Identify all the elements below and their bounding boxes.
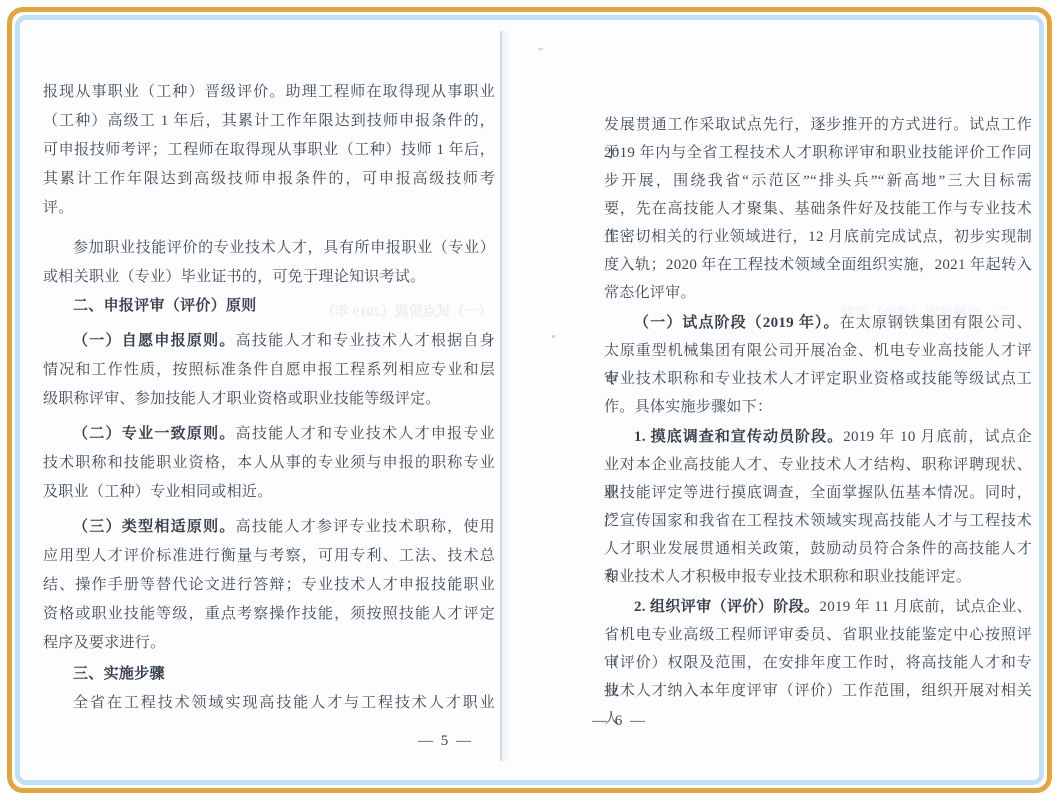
body-text: 报现从事职业（工种）晋级评价。助理工程师在取得现从事职业 <box>43 84 495 100</box>
text-line: 作。具体实施步骤如下： <box>604 393 1032 421</box>
page-5: 报现从事职业（工种）晋级评价。助理工程师在取得现从事职业（工种）高级工 1 年后… <box>43 78 495 755</box>
body-text: 2019 年 10 月底前，试点企 <box>843 429 1032 445</box>
scan-speck <box>552 335 555 338</box>
body-text: 评。 <box>43 200 74 216</box>
body-text: 高技能人才和专业技术人才申报专业 <box>236 426 495 442</box>
text-line: 三、实施步骤 <box>43 660 495 689</box>
page-spine-shadow <box>502 31 512 761</box>
body-text: 在太原钢铁集团有限公司、 <box>840 315 1032 331</box>
text-line: 太原重型机械集团有限公司开展冶金、机电专业高技能人才评审 <box>604 337 1032 365</box>
text-line: 专业技术职称和专业技术人才评定职业资格或技能等级试点工 <box>604 365 1032 393</box>
body-text: 技术职称和技能职业资格，本人从事的专业须与申报的职称专业 <box>43 455 495 471</box>
body-text: 作密切相关的行业领域进行，12 月底前完成试点，初步实现制 <box>604 229 1032 245</box>
body-text: 专业技术人才积极申报专业技术职称和职业技能评定。 <box>604 569 971 585</box>
text-line: （评价）权限及范围，在安排年度工作时，将高技能人才和专业 <box>604 649 1032 677</box>
body-text: 可申报技师考评；工程师在取得现从事职业（工种）技师 1 年后， <box>43 142 495 158</box>
text-line: 作密切相关的行业领域进行，12 月底前完成试点，初步实现制 <box>604 223 1032 251</box>
text-line: （一）试点阶段（2019 年）。在太原钢铁集团有限公司、 <box>604 309 1032 337</box>
text-line: 评。 <box>43 194 495 223</box>
text-line: 度入轨；2020 年在工程技术领域全面组织实施，2021 年起转入 <box>604 251 1032 279</box>
text-line: 1. 摸底调查和宣传动员阶段。2019 年 10 月底前，试点企 <box>604 423 1032 451</box>
body-text: 2019 年内与全省工程技术人才职称评审和职业技能评价工作同 <box>604 145 1032 161</box>
body-text: 程序及要求进行。 <box>43 635 165 651</box>
text-line: 泛宣传国家和我省在工程技术领域实现高技能人才与工程技术 <box>604 507 1032 535</box>
text-line: 省机电专业高级工程师评审委员、省职业技能鉴定中心按照评审 <box>604 621 1032 649</box>
body-text: 高技能人才和专业技术人才根据自身 <box>236 333 495 349</box>
bold-lead-text: （一）试点阶段（2019 年）。 <box>634 315 840 331</box>
body-text: 情况和工作性质，按照标准条件自愿申报工程系列相应专业和层 <box>43 362 495 378</box>
text-line: 二、申报评审（评价）原则 <box>43 292 495 321</box>
text-line: 2. 组织评审（评价）阶段。2019 年 11 月底前，试点企业、 <box>604 593 1032 621</box>
body-text: 作。具体实施步骤如下： <box>604 399 772 415</box>
page-5-text: 报现从事职业（工种）晋级评价。助理工程师在取得现从事职业（工种）高级工 1 年后… <box>43 78 495 718</box>
body-text: （工种）高级工 1 年后，其累计工作年限达到技师申报条件的， <box>43 113 495 129</box>
text-line: （三）类型相适原则。高技能人才参评专业技术职称，使用 <box>43 513 495 542</box>
text-line: 或相关职业（专业）毕业证书的，可免于理论知识考试。 <box>43 263 495 292</box>
body-text: 泛宣传国家和我省在工程技术领域实现高技能人才与工程技术 <box>604 513 1032 529</box>
text-line: 2019 年内与全省工程技术人才职称评审和职业技能评价工作同 <box>604 139 1032 167</box>
body-text: 参加职业技能评价的专业技术人才，具有所申报职业（专业） <box>73 240 495 256</box>
bold-lead-text: （三）类型相适原则。 <box>73 519 236 535</box>
text-line: 参加职业技能评价的专业技术人才，具有所申报职业（专业） <box>43 234 495 263</box>
text-line: 专业技术人才积极申报专业技术职称和职业技能评定。 <box>604 563 1032 591</box>
text-line: 全省在工程技术领域实现高技能人才与工程技术人才职业 <box>43 689 495 718</box>
body-text: 专业技术职称和专业技术人才评定职业资格或技能等级试点工 <box>604 371 1032 387</box>
document-content: （一）试点阶段（2019 年） 二、申报评审（评价）原则 报现从事职业（工种）晋… <box>21 21 1038 779</box>
body-text: 结、操作手册等替代论文进行答辩；专业技术人才申报技能职业 <box>43 577 495 593</box>
text-line: 及职业（工种）专业相同或相近。 <box>43 478 495 507</box>
body-text: 高技能人才参评专业技术职称，使用 <box>236 519 495 535</box>
bold-lead-text: 二、申报评审（评价）原则 <box>73 298 257 314</box>
text-line: 业技能评定等进行摸底调查，全面掌握队伍基本情况。同时，广 <box>604 479 1032 507</box>
text-line: （二）专业一致原则。高技能人才和专业技术人才申报专业 <box>43 420 495 449</box>
bold-lead-text: 1. 摸底调查和宣传动员阶段。 <box>634 429 843 445</box>
scanned-document-spread: （一）试点阶段（2019 年） 二、申报评审（评价）原则 报现从事职业（工种）晋… <box>0 0 1059 800</box>
text-line: 情况和工作性质，按照标准条件自愿申报工程系列相应专业和层 <box>43 356 495 385</box>
body-text: 级职称评审、参加技能人才职业资格或职业技能等级评定。 <box>43 391 441 407</box>
text-line: 技术人才纳入本年度评审（评价）工作范围，组织开展对相关人 <box>604 677 1032 705</box>
text-line: 报现从事职业（工种）晋级评价。助理工程师在取得现从事职业 <box>43 78 495 107</box>
body-text: 及职业（工种）专业相同或相近。 <box>43 484 273 500</box>
text-line: 结、操作手册等替代论文进行答辩；专业技术人才申报技能职业 <box>43 571 495 600</box>
text-line: 发展贯通工作采取试点先行，逐步推开的方式进行。试点工作于 <box>604 111 1032 139</box>
text-line: 人才职业发展贯通相关政策，鼓励动员符合条件的高技能人才和 <box>604 535 1032 563</box>
bold-lead-text: 2. 组织评审（评价）阶段。 <box>634 599 819 615</box>
body-text: 资格或职业技能等级，重点考察操作技能，须按照技能人才评定 <box>43 606 495 622</box>
text-line: 技术职称和技能职业资格，本人从事的专业须与申报的职称专业 <box>43 449 495 478</box>
body-text: 2019 年 11 月底前，试点企业、 <box>819 599 1032 615</box>
bold-lead-text: （一）自愿申报原则。 <box>73 333 236 349</box>
page-6-text: 发展贯通工作采取试点先行，逐步推开的方式进行。试点工作于2019 年内与全省工程… <box>604 111 1032 705</box>
body-text: 应用型人才评价标准进行衡量与考察，可用专利、工法、技术总 <box>43 548 495 564</box>
body-text: 其累计工作年限达到高级技师申报条件的，可申报高级技师考 <box>43 171 495 187</box>
text-line: 常态化评审。 <box>604 279 1032 307</box>
text-line: 其累计工作年限达到高级技师申报条件的，可申报高级技师考 <box>43 165 495 194</box>
text-line: 应用型人才评价标准进行衡量与考察，可用专利、工法、技术总 <box>43 542 495 571</box>
text-line: 步开展，围绕我省“示范区”“排头兵”“新高地”三大目标需 <box>604 167 1032 195</box>
bold-lead-text: 三、实施步骤 <box>73 666 165 682</box>
text-line: 可申报技师考评；工程师在取得现从事职业（工种）技师 1 年后， <box>43 136 495 165</box>
body-text: 度入轨；2020 年在工程技术领域全面组织实施，2021 年起转入 <box>604 257 1032 273</box>
text-line: （一）自愿申报原则。高技能人才和专业技术人才根据自身 <box>43 327 495 356</box>
text-line: 要，先在高技能人才聚集、基础条件好及技能工作与专业技术工 <box>604 195 1032 223</box>
page-number-5: — 5 — <box>43 727 495 755</box>
text-line: 业对本企业高技能人才、专业技术人才结构、职称评聘现状、职 <box>604 451 1032 479</box>
text-line: （工种）高级工 1 年后，其累计工作年限达到技师申报条件的， <box>43 107 495 136</box>
page-number-6: — 6 — <box>592 707 1032 735</box>
text-line: 级职称评审、参加技能人才职业资格或职业技能等级评定。 <box>43 385 495 414</box>
text-line: 资格或职业技能等级，重点考察操作技能，须按照技能人才评定 <box>43 600 495 629</box>
scan-speck <box>538 48 543 50</box>
body-text: 全省在工程技术领域实现高技能人才与工程技术人才职业 <box>73 695 495 711</box>
page-6: 发展贯通工作采取试点先行，逐步推开的方式进行。试点工作于2019 年内与全省工程… <box>604 111 1032 735</box>
text-line: 程序及要求进行。 <box>43 629 495 658</box>
body-text: 步开展，围绕我省“示范区”“排头兵”“新高地”三大目标需 <box>604 173 1032 189</box>
body-text: 常态化评审。 <box>604 285 696 301</box>
body-text: 或相关职业（专业）毕业证书的，可免于理论知识考试。 <box>43 269 426 285</box>
bold-lead-text: （二）专业一致原则。 <box>73 426 236 442</box>
